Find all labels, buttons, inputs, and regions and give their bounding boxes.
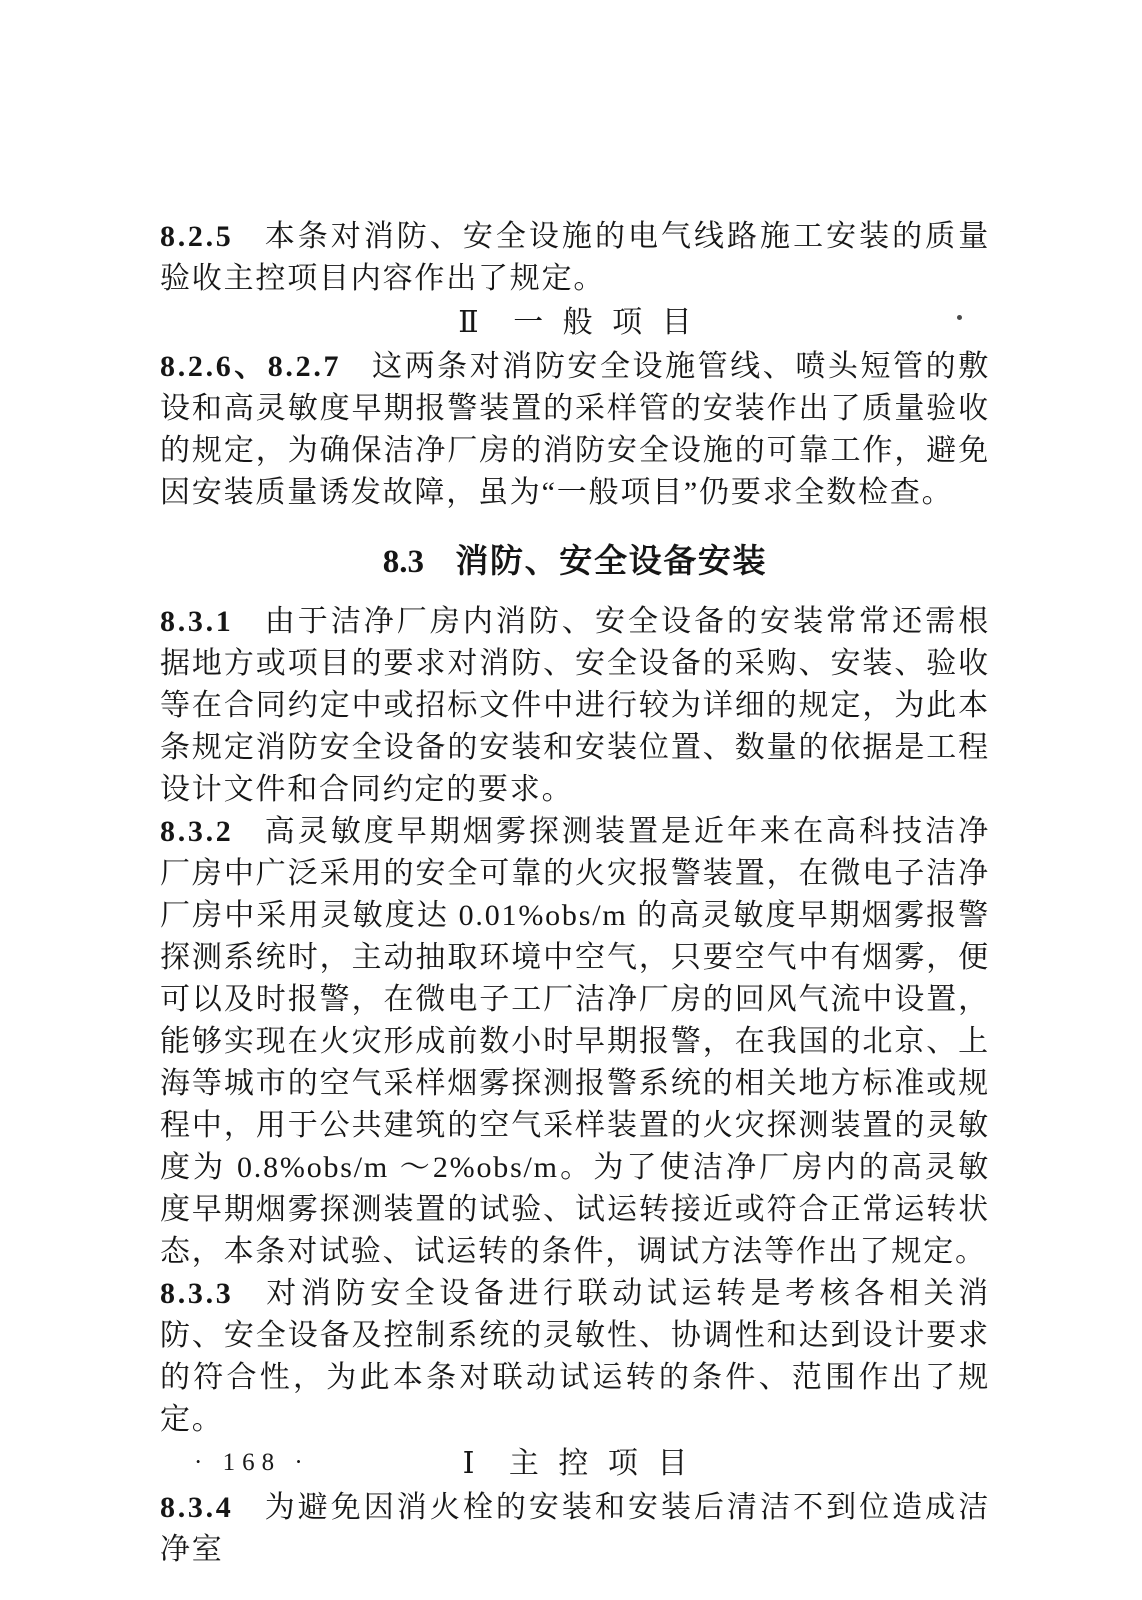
subheading-title: 主控项目 (509, 1447, 707, 1480)
section-number: 8.3 (383, 544, 424, 580)
clause-text: 高灵敏度早期烟雾探测装置是近年来在高科技洁净厂房中广泛采用的安全可靠的火灾报警装… (160, 815, 990, 1268)
clause-8-2-6-8-2-7: 8.2.6、8.2.7这两条对消防安全设施管线、喷头短管的敷设和高灵敏度早期报警… (160, 346, 990, 514)
page-number: · 168 · (194, 1448, 310, 1478)
subheading-title: 一般项目 (513, 306, 711, 339)
clause-text: 由于洁净厂房内消防、安全设备的安装常常还需根据地方或项目的要求对消防、安全设备的… (160, 605, 990, 806)
section-heading-8-3: 8.3消防、安全设备安装 (160, 540, 990, 583)
clause-8-2-5: 8.2.5本条对消防、安全设施的电气线路施工安装的质量验收主控项目内容作出了规定… (160, 216, 990, 300)
document-page: 8.2.5本条对消防、安全设施的电气线路施工安装的质量验收主控项目内容作出了规定… (0, 0, 1142, 1600)
clause-text: 本条对消防、安全设施的电气线路施工安装的质量验收主控项目内容作出了规定。 (160, 220, 990, 295)
scan-artifact-dot (957, 315, 962, 320)
clause-number: 8.3.1 (160, 605, 234, 638)
clause-text: 对消防安全设备进行联动试运转是考核各相关消防、安全设备及控制系统的灵敏性、协调性… (160, 1277, 990, 1436)
clause-8-3-1: 8.3.1由于洁净厂房内消防、安全设备的安装常常还需根据地方或项目的要求对消防、… (160, 601, 990, 811)
clause-number: 8.3.4 (160, 1491, 234, 1524)
clause-text: 为避免因消火栓的安装和安装后清洁不到位造成洁净室 (160, 1491, 990, 1566)
clause-8-3-2: 8.3.2高灵敏度早期烟雾探测装置是近年来在高科技洁净厂房中广泛采用的安全可靠的… (160, 811, 990, 1273)
clause-8-3-3: 8.3.3对消防安全设备进行联动试运转是考核各相关消防、安全设备及控制系统的灵敏… (160, 1273, 990, 1441)
subheading-general-items: Ⅱ一般项目 (160, 302, 990, 344)
clause-8-3-4: 8.3.4为避免因消火栓的安装和安装后清洁不到位造成洁净室 (160, 1487, 990, 1571)
roman-numeral: Ⅰ (463, 1447, 475, 1480)
clause-number: 8.3.3 (160, 1277, 234, 1310)
clause-number: 8.2.5 (160, 220, 234, 253)
clause-number: 8.3.2 (160, 815, 234, 848)
section-title: 消防、安全设备安装 (455, 542, 767, 579)
roman-numeral: Ⅱ (458, 306, 478, 339)
clause-number: 8.2.6、8.2.7 (160, 350, 341, 383)
